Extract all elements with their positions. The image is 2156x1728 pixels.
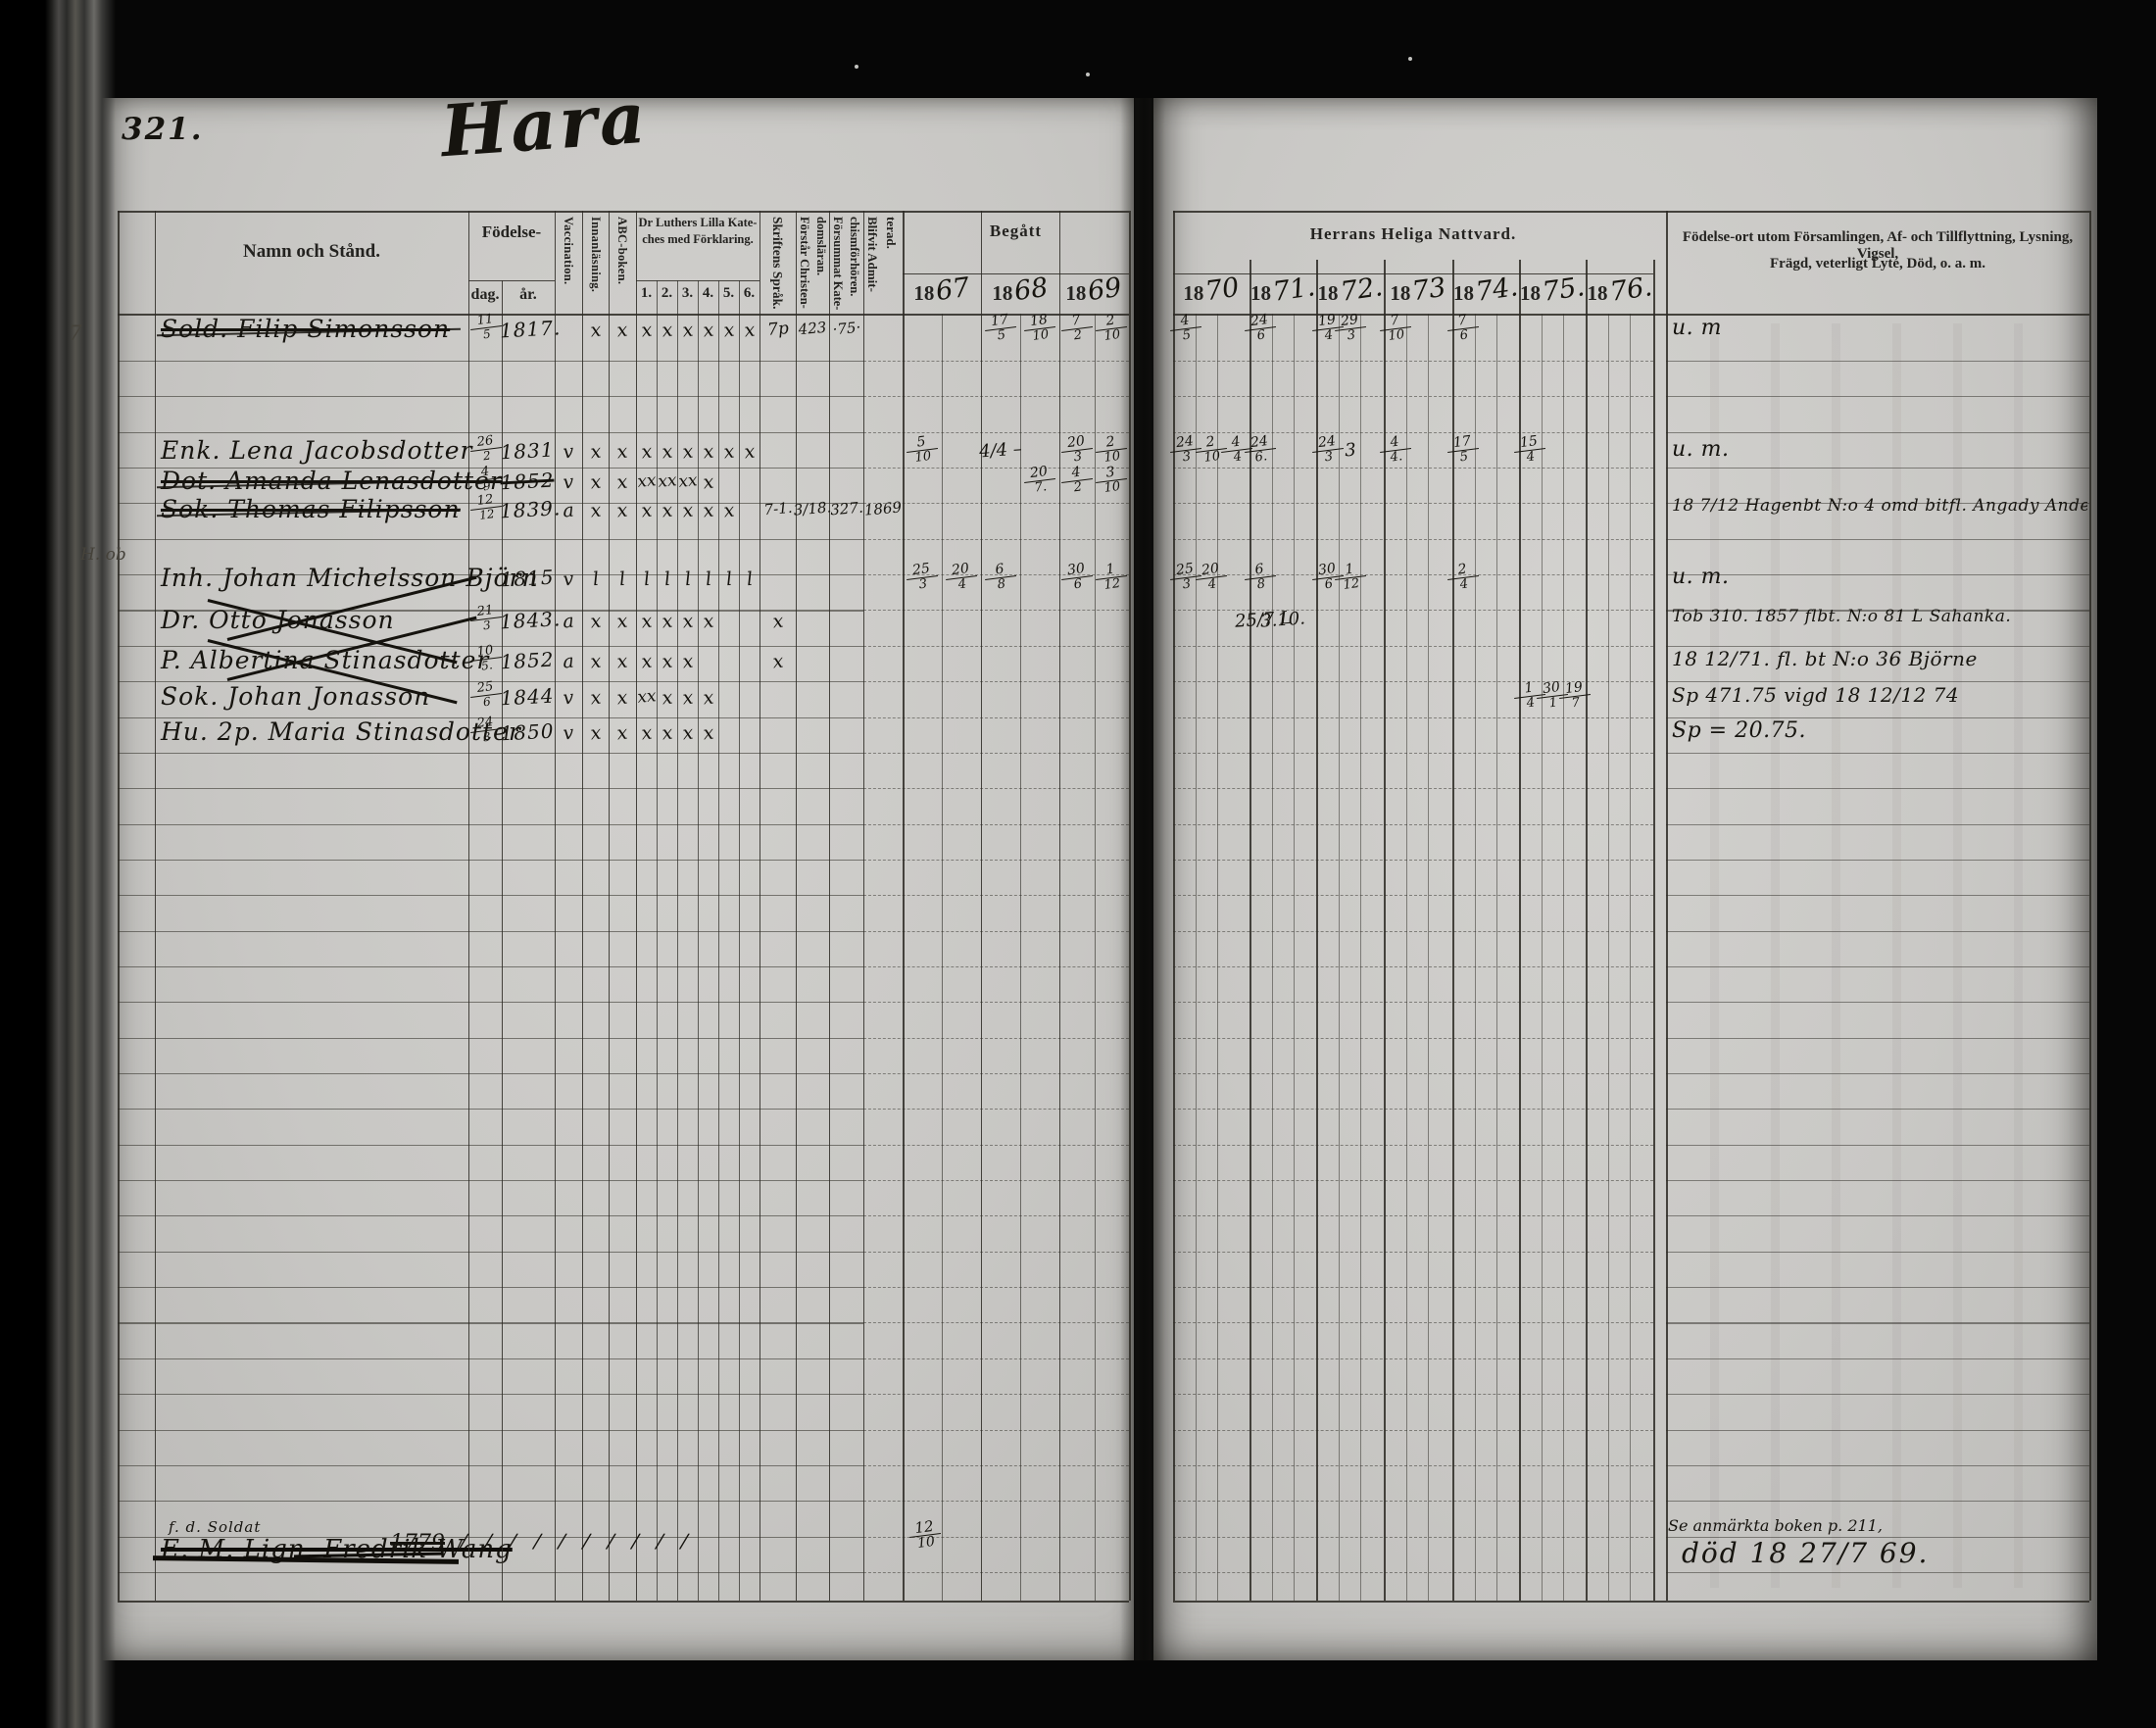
grid-hline: [903, 273, 1129, 274]
ledger-entry-name: Enk. Lena Jacobsdotter: [161, 436, 472, 465]
grid-hline-dashed: [1173, 895, 1653, 896]
year-script: 68: [1012, 272, 1050, 307]
communion-date: 76: [1446, 312, 1481, 345]
grid-hline: [1666, 1038, 2089, 1039]
ledger-entry-name: Inh. Johan Michelsson Björn: [161, 564, 539, 592]
page-number: 321.: [122, 112, 204, 147]
year-printed: 18: [1453, 281, 1474, 305]
footer-mark: /: [582, 1529, 590, 1553]
grid-vline: [829, 211, 830, 1601]
entry-note: u. m: [1672, 316, 1722, 340]
communion-date: 175: [1446, 433, 1481, 467]
catechism-mark: x: [688, 469, 729, 494]
communion-date: 204: [1194, 561, 1228, 594]
grid-hline-dashed: [1173, 1252, 1653, 1253]
entry-note: Sp = 20.75.: [1672, 718, 1806, 743]
grid-vline: [1217, 314, 1218, 1601]
grid-hline: [118, 1073, 863, 1074]
grid-hline: [1666, 1252, 2089, 1253]
dust-speck: [1408, 57, 1412, 61]
grid-vline: [863, 211, 864, 1601]
grid-hline-dashed: [1173, 1180, 1653, 1181]
ledger-entry-name: Dr. Otto Jonasson: [161, 606, 395, 634]
grid-hline: [118, 1465, 863, 1466]
grid-hline: [468, 280, 555, 281]
grid-hline: [1666, 396, 2089, 397]
grid-vline: [582, 211, 583, 1601]
grid-hline: [118, 1180, 863, 1181]
footer-mark: /: [656, 1529, 663, 1553]
grid-hline: [1666, 539, 2089, 540]
communion-date: 204: [944, 561, 978, 594]
catechism-mark: 1869: [862, 498, 903, 518]
grid-hline-dashed: [1173, 1394, 1653, 1395]
birth-year: 1831: [499, 438, 555, 465]
catechism-col-number: 5.: [718, 285, 739, 302]
grid-hline: [1173, 211, 2089, 213]
footer-status-label: f. d. Soldat: [169, 1518, 261, 1536]
grid-vline: [942, 314, 943, 1601]
communion-date: 246.: [1244, 433, 1278, 467]
grid-vline: [1666, 211, 1668, 1601]
grid-hline-dashed: [1173, 1572, 1653, 1573]
ledger-entry-name: Sok. Johan Jonasson: [161, 682, 430, 711]
margin-note: H. ob: [80, 545, 126, 565]
header-birth-day: dag.: [468, 286, 502, 304]
year-printed: 18: [913, 281, 934, 305]
communion-date: 210: [1095, 433, 1129, 467]
year-printed: 18: [1183, 281, 1203, 305]
grid-hline-dashed: [1173, 503, 1653, 504]
communion-date: 175: [983, 312, 1017, 345]
grid-vline: [1563, 314, 1564, 1601]
grid-vline: [981, 211, 982, 1601]
year-label: 1867: [898, 276, 986, 307]
grid-hline: [118, 895, 863, 896]
catechism-mark: x: [688, 685, 729, 710]
grid-hline-dashed: [1173, 1145, 1653, 1146]
grid-hline: [118, 1572, 863, 1573]
footer-mark: /: [607, 1529, 614, 1553]
footer-mark: /: [558, 1529, 565, 1553]
grid-vline: [1542, 314, 1543, 1601]
catechism-col-number: 6.: [739, 285, 759, 302]
grid-vline: [1196, 314, 1197, 1601]
birth-day: 262: [468, 433, 503, 465]
grid-vline: [1630, 314, 1631, 1601]
ledger-entry-name: Hu. 2p. Maria Stinasdotter: [161, 717, 521, 746]
communion-date: 1810: [1022, 312, 1056, 345]
communion-date: 293: [1333, 312, 1367, 345]
grid-hline: [118, 1287, 863, 1288]
grid-vline: [636, 211, 637, 1601]
birth-year: 1843.: [499, 608, 555, 634]
communion-date: 510: [905, 433, 939, 467]
grid-hline: [118, 1601, 1129, 1603]
grid-hline: [1666, 1465, 2089, 1466]
year-script: 70: [1203, 272, 1241, 307]
communion-date: 24: [1446, 561, 1481, 594]
birth-day: 256: [468, 679, 503, 711]
grid-vline: [739, 280, 740, 1601]
grid-hline-dashed: [1173, 1287, 1653, 1288]
grid-hline-dashed: [1173, 824, 1653, 825]
communion-date: 197: [1557, 679, 1592, 713]
catechism-col-number: 1.: [636, 285, 657, 302]
grid-hline-dashed: [1173, 717, 1653, 718]
grid-hline: [118, 966, 863, 967]
grid-hline: [1666, 1109, 2089, 1110]
header-catechism-line2: ches med Förklaring.: [637, 232, 759, 247]
grid-hline-dashed: [1173, 966, 1653, 967]
catechism-mark: x: [709, 498, 750, 522]
grid-hline: [1666, 753, 2089, 754]
grid-hline-dashed: [1173, 396, 1653, 397]
footer-mark: /: [533, 1529, 541, 1553]
grid-hline-dashed: [1173, 468, 1653, 469]
year-printed: 18: [1250, 281, 1271, 305]
grid-hline-dashed: [1173, 753, 1653, 754]
grid-vline: [1059, 211, 1060, 1601]
communion-date: 3: [1324, 438, 1376, 463]
communion-date: 253: [905, 561, 939, 594]
grid-hline: [1666, 1501, 2089, 1502]
footer-mark: /: [484, 1529, 492, 1553]
grid-hline: [1666, 1073, 2089, 1074]
grid-hline: [118, 1430, 863, 1431]
year-printed: 18: [1520, 281, 1541, 305]
grid-vline: [1608, 314, 1609, 1601]
grid-vline: [1360, 314, 1361, 1601]
grid-vline: [1653, 260, 1655, 1601]
catechism-mark: x: [688, 720, 729, 745]
grid-hline: [118, 1252, 863, 1253]
footer-date: 1210: [907, 1517, 943, 1553]
birth-year: 1844: [499, 684, 555, 711]
grid-hline: [1666, 788, 2089, 789]
grid-hline: [1666, 468, 2089, 469]
birth-year: 1839.: [499, 497, 555, 523]
grid-hline-dashed: [1173, 788, 1653, 789]
birth-day: 1212: [468, 492, 503, 523]
grid-hline-dashed: [1173, 1322, 1653, 1323]
grid-vline: [1272, 314, 1273, 1601]
column-label-rotated: Vaccination.: [555, 217, 582, 312]
communion-date: 207.: [1022, 464, 1056, 497]
grid-hline: [1666, 895, 2089, 896]
grid-hline: [1666, 931, 2089, 932]
entry-note: Tob 310. 1857 flbt. N:o 81 L Sahanka.: [1672, 607, 2011, 626]
grid-hline: [118, 1038, 863, 1039]
grid-hline: [118, 1109, 863, 1110]
grid-hline: [118, 1501, 863, 1502]
scanned-ledger-spread: 321. Hara Namn och Stånd. Födelse- dag. …: [0, 0, 2156, 1728]
grid-hline: [118, 1394, 863, 1395]
dust-speck: [1086, 73, 1090, 76]
catechism-col-number: 3.: [677, 285, 698, 302]
grid-hline: [1666, 860, 2089, 861]
communion-date: 3.10.: [1256, 608, 1308, 632]
grid-hline-dashed: [1173, 1073, 1653, 1074]
grid-hline-dashed: [1173, 1038, 1653, 1039]
grid-vline: [1294, 314, 1295, 1601]
grid-hline-dashed: [1173, 1430, 1653, 1431]
grid-hline-dashed: [1173, 1465, 1653, 1466]
grid-hline-dashed: [1173, 1358, 1653, 1359]
year-printed: 18: [1390, 281, 1410, 305]
communion-date: 246: [1244, 312, 1278, 345]
grid-hline: [1666, 1430, 2089, 1431]
catechism-col-number: 4.: [698, 285, 718, 302]
communion-date: 112: [1095, 561, 1129, 594]
grid-hline: [1666, 1215, 2089, 1216]
grid-hline-dashed: [1173, 361, 1653, 362]
grid-hline: [1666, 1287, 2089, 1288]
grid-vline: [1129, 211, 1131, 1601]
grid-vline: [1496, 314, 1497, 1601]
grid-vline: [1475, 314, 1476, 1601]
communion-date: 112: [1333, 561, 1367, 594]
footer-mark: /: [631, 1529, 639, 1553]
grid-hline-dashed: [1173, 931, 1653, 932]
footer-mark: /: [680, 1529, 688, 1553]
year-printed: 18: [1065, 281, 1086, 305]
column-label-rotated: Skriftens Språk.: [759, 217, 796, 312]
grid-vline: [1173, 211, 1175, 1601]
grid-hline: [1666, 966, 2089, 967]
header-notes-line2: Frägd, veterligt Lyte, Död, o. a. m.: [1669, 256, 2086, 272]
grid-vline: [468, 211, 469, 1601]
birth-year: 1817.: [499, 317, 555, 343]
grid-vline: [1406, 314, 1407, 1601]
catechism-mark: ·75·: [826, 318, 866, 338]
grid-vline: [1095, 314, 1096, 1601]
header-communion: Herrans Heliga Nattvard.: [1173, 224, 1653, 244]
birth-year: 1815: [499, 566, 555, 592]
grid-hline-dashed: [1173, 1501, 1653, 1502]
column-label-rotated: Försummat Kate- chismförhören.: [829, 217, 863, 312]
catechism-mark: x: [729, 439, 770, 464]
column-label-rotated: Blifvit Admit- terad.: [863, 217, 903, 312]
grid-vline: [118, 211, 120, 1601]
birth-day: 243: [468, 715, 503, 746]
grid-hline: [1666, 1394, 2089, 1395]
catechism-mark: x: [688, 609, 729, 633]
grid-vline: [759, 211, 760, 1601]
grid-vline: [555, 211, 556, 1601]
year-printed: 18: [992, 281, 1012, 305]
grid-hline: [1666, 1002, 2089, 1003]
birth-day: 49: [468, 464, 503, 495]
grid-hline: [118, 396, 863, 397]
grid-hline: [118, 361, 863, 362]
grid-hline: [118, 539, 863, 540]
communion-date: 42: [1059, 464, 1094, 497]
column-label-rotated: ABC-boken.: [609, 217, 636, 312]
birth-day: 115: [468, 312, 503, 343]
communion-date: 68: [983, 561, 1017, 594]
book-spine-edge: [0, 0, 116, 1728]
grid-hline-dashed: [1173, 432, 1653, 433]
grid-hline: [1666, 361, 2089, 362]
grid-vline: [1428, 314, 1429, 1601]
communion-date: 203: [1059, 433, 1094, 467]
grid-hline-dashed: [1173, 1109, 1653, 1110]
birth-year: 1852: [499, 648, 555, 674]
grid-hline: [1666, 432, 2089, 433]
communion-date: 154: [1513, 433, 1547, 467]
grid-hline: [1666, 1537, 2089, 1538]
grid-vline: [609, 211, 610, 1601]
year-printed: 18: [1318, 281, 1339, 305]
grid-vline: [1020, 314, 1021, 1601]
grid-vline: [903, 211, 905, 1601]
grid-hline: [118, 1358, 863, 1359]
grid-vline: [2089, 211, 2091, 1601]
grid-hline: [118, 211, 1129, 213]
grid-hline: [118, 753, 863, 754]
margin-note: 7: [69, 321, 81, 345]
footer-mark: /: [460, 1529, 467, 1553]
grid-hline: [118, 860, 863, 861]
grid-hline: [118, 788, 863, 789]
grid-hline: [1173, 1601, 2089, 1603]
entry-note: u. m.: [1672, 565, 1730, 589]
communion-date: 4/4 –: [974, 438, 1026, 463]
grid-hline-dashed: [1173, 539, 1653, 540]
communion-date: 210: [1095, 312, 1129, 345]
catechism-mark: 327.: [826, 498, 866, 518]
header-catechism-line1: Dr Luthers Lilla Kate-: [637, 216, 759, 230]
entry-note: 18 7/12 Hagenbt N:o 4 omd bitfl. Angady …: [1672, 496, 2087, 516]
footer-mark: /: [509, 1529, 516, 1553]
communion-date: 44.: [1378, 433, 1412, 467]
grid-vline: [796, 211, 797, 1601]
communion-date: 710: [1378, 312, 1412, 345]
column-label-rotated: Innanläsning.: [582, 217, 609, 312]
grid-hline: [1666, 1322, 2089, 1323]
birth-year: 1850: [499, 719, 555, 746]
birth-day: 105.: [468, 643, 503, 674]
grid-vline: [1339, 314, 1340, 1601]
grid-hline: [118, 1215, 863, 1216]
year-script: 67: [934, 272, 971, 307]
grid-hline: [1666, 1572, 2089, 1573]
grid-hline: [1666, 824, 2089, 825]
grid-hline-dashed: [1173, 1215, 1653, 1216]
year-script: 69: [1086, 272, 1123, 307]
grid-vline: [1586, 260, 1588, 1601]
grid-hline: [1666, 1145, 2089, 1146]
grid-hline: [118, 824, 863, 825]
grid-hline-dashed: [1173, 1002, 1653, 1003]
header-name-column: Namn och Stånd.: [155, 241, 468, 263]
birth-year: 1852: [499, 469, 555, 495]
year-printed: 18: [1588, 281, 1608, 305]
grid-hline-dashed: [1173, 860, 1653, 861]
year-label: 1876.: [1576, 276, 1664, 307]
header-begatt: Begått: [903, 222, 1129, 241]
communion-date: 306: [1059, 561, 1094, 594]
grid-vline: [155, 211, 156, 1601]
entry-note: u. m.: [1672, 437, 1730, 462]
grid-hline: [118, 1145, 863, 1146]
entry-note: Sp 471.75 vigd 18 12/12 74: [1672, 683, 1959, 707]
year-script: 76.: [1608, 272, 1654, 308]
catechism-mark: x: [758, 609, 799, 633]
communion-date: 68: [1244, 561, 1278, 594]
grid-hline-dashed: [1173, 1537, 1653, 1538]
parish-title: Hara: [438, 75, 651, 173]
grid-hline: [1666, 1358, 2089, 1359]
catechism-mark: l: [729, 567, 770, 591]
communion-date: 72: [1059, 312, 1094, 345]
grid-hline: [1666, 574, 2089, 575]
dust-speck: [855, 65, 858, 69]
grid-hline: [118, 1322, 863, 1323]
column-label-rotated: Förstår Christen- domsläran.: [796, 217, 829, 312]
grid-hline: [118, 1002, 863, 1003]
entry-note: 18 12/71. fl. bt N:o 36 Björne: [1672, 647, 1978, 670]
header-birth: Födelse-: [468, 222, 555, 242]
catechism-mark: x: [667, 649, 709, 673]
header-birth-year: år.: [502, 286, 555, 304]
catechism-mark: x: [758, 649, 799, 673]
communion-date: 310: [1095, 464, 1129, 497]
year-label: 1869: [1050, 276, 1138, 307]
communion-date: 45: [1168, 312, 1202, 345]
grid-hline: [118, 931, 863, 932]
grid-hline-dashed: [1173, 646, 1653, 647]
grid-hline: [1666, 1180, 2089, 1181]
catechism-col-number: 2.: [657, 285, 677, 302]
